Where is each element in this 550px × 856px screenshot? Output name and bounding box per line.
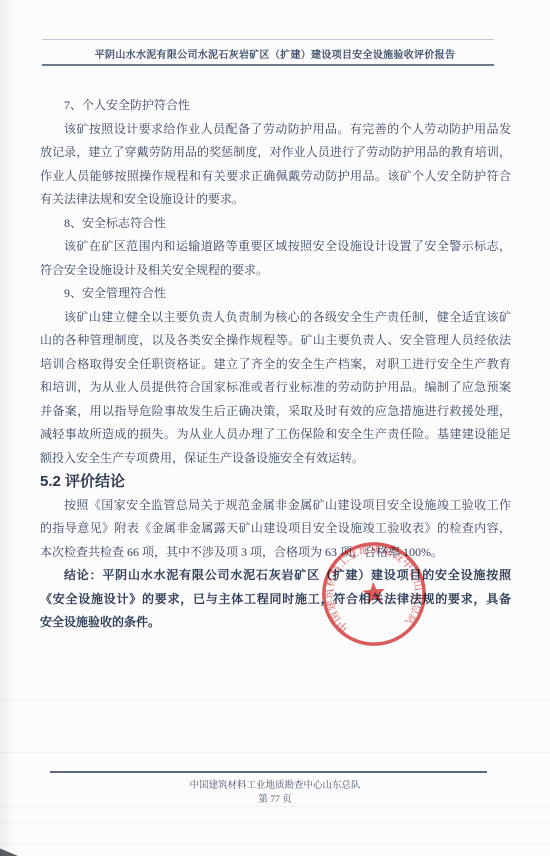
body-line: 符合安全设施设计及相关安全规程的要求。 bbox=[40, 259, 511, 283]
footer-org: 中国建筑材料工业地质勘查中心山东总队 bbox=[0, 777, 550, 791]
scan-artifact-line bbox=[0, 806, 550, 807]
body-line: 该矿按照设计要求给作业人员配备了劳动防护用品。有完善的个人劳动防护用品发 bbox=[40, 118, 511, 142]
page-title: 平阴山水水泥有限公司水泥石灰岩矿区（扩建）建设项目安全设施验收评价报告 bbox=[0, 46, 550, 61]
body-line: 减轻事故所造成的损失。为从业人员办理了工伤保险和安全生产责任险。基建建设能足 bbox=[40, 423, 511, 447]
body-line: 培训合格取得安全任职资格证。建立了齐全的安全生产档案，对职工进行安全生产教育 bbox=[40, 353, 511, 377]
header-rule-top bbox=[42, 39, 494, 40]
conclusion-line: 安全设施验收的条件。 bbox=[40, 611, 511, 635]
body-line: 该矿山建立健全以主要负责人负责制为核心的各级安全生产责任制，健全适宜该矿 bbox=[40, 306, 511, 330]
section-heading-8: 8、安全标志符合性 bbox=[40, 212, 511, 236]
body-line: 该矿在矿区范围内和运输道路等重要区域按照安全设施设计设置了安全警示标志， bbox=[40, 235, 511, 259]
official-seal-graphic: 中国建筑材料工业地质勘查中心山东总队 bbox=[307, 527, 441, 661]
body-line: 放记录，建立了穿戴劳防用品的奖惩制度，对作业人员进行了劳动防护用品的教育培训， bbox=[40, 141, 511, 165]
document-page: 平阴山水水泥有限公司水泥石灰岩矿区（扩建）建设项目安全设施验收评价报告 7、个人… bbox=[0, 0, 550, 856]
section-heading-9: 9、安全管理符合性 bbox=[40, 282, 511, 306]
body-line: 并备案，用以指导危险事故发生后正确决策，采取及时有效的应急措施进行救援处理， bbox=[40, 400, 511, 424]
scan-artifact-line bbox=[0, 752, 550, 753]
body-line: 有关法律法规和安全设施设计的要求。 bbox=[40, 188, 511, 212]
body-line: 额投入安全生产专项费用，保证生产设备设施安全有效运转。 bbox=[40, 447, 511, 471]
body-line: 和培训，为从业人员提供符合国家标准或者行业标准的劳动防护用品。编制了应急预案 bbox=[40, 376, 511, 400]
page-number: 第 77 页 bbox=[0, 791, 550, 805]
conclusion-line: 结论：平阴山水水泥有限公司水泥石灰岩矿区（扩建）建设项目的安全设施按照 bbox=[40, 564, 511, 588]
scan-artifact-line bbox=[0, 700, 550, 701]
scan-artifact-line bbox=[0, 822, 550, 823]
body-text: 7、个人安全防护符合性 该矿按照设计要求给作业人员配备了劳动防护用品。有完善的个… bbox=[40, 94, 511, 635]
conclusion-line: 《安全设施设计》的要求，已与主体工程同时施工，符合相关法律法规的要求，具备 bbox=[40, 588, 511, 612]
body-line: 按照《国家安全监管总局关于规范金属非金属矿山建设项目安全设施竣工验收工作 bbox=[40, 494, 511, 518]
body-line: 山的各种管理制度，以及各类安全操作规程等。矿山主要负责人、安全管理人员经依法 bbox=[40, 329, 511, 353]
body-line: 作业人员能够按照操作规程和有关要求正确佩戴劳动防护用品。该矿个人安全防护符合 bbox=[40, 165, 511, 189]
body-line: 本次检查共检查 66 项，其中不涉及项 3 项，合格项为 63 项，合格率 10… bbox=[40, 541, 511, 565]
official-seal: 中国建筑材料工业地质勘查中心山东总队 bbox=[307, 527, 441, 661]
header-rule-bottom bbox=[42, 64, 494, 66]
star-icon bbox=[362, 581, 386, 604]
scan-edge-shading bbox=[0, 0, 14, 856]
section-heading-7: 7、个人安全防护符合性 bbox=[40, 94, 511, 118]
section-heading-5-2: 5.2 评价结论 bbox=[40, 470, 511, 494]
scan-artifact-line bbox=[0, 843, 550, 844]
footer-rule bbox=[50, 771, 487, 773]
body-line: 的指导意见》附表《金属非金属露天矿山建设项目安全设施竣工验收表》的检查内容， bbox=[40, 517, 511, 541]
